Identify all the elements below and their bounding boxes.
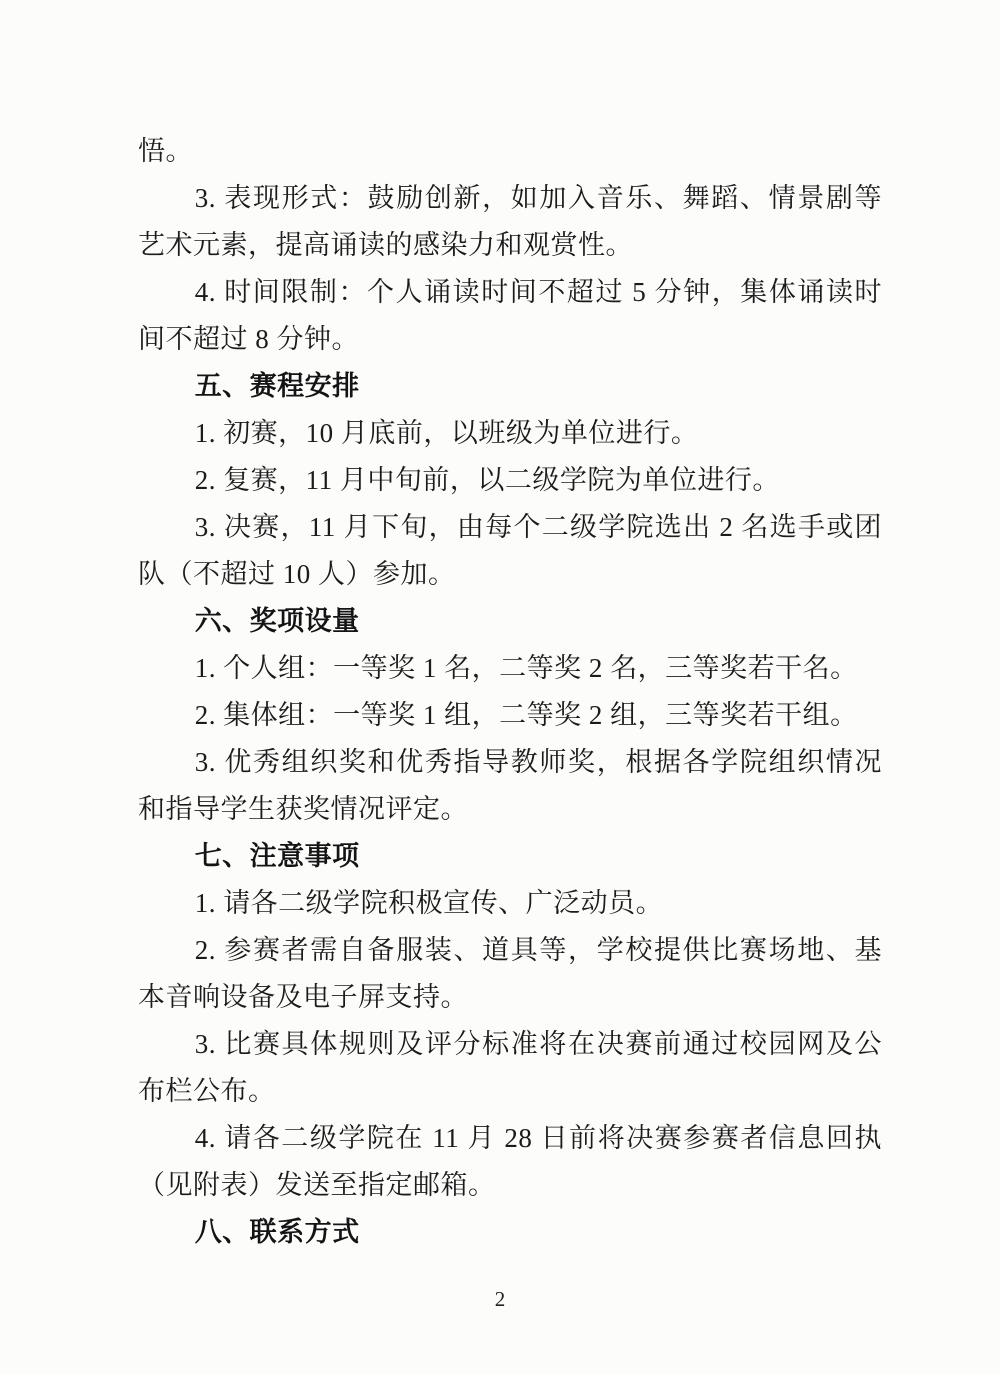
document-page: 悟。 3. 表现形式：鼓励创新，如加入音乐、舞蹈、情景剧等艺术元素，提高诵读的感…	[0, 0, 1000, 1374]
section-heading-schedule: 五、赛程安排	[138, 363, 882, 410]
list-item-registration: 4. 请各二级学院在 11 月 28 日前将决赛参赛者信息回执（见附表）发送至指…	[138, 1115, 882, 1209]
list-item-semifinal: 2. 复赛，11 月中旬前，以二级学院为单位进行。	[138, 457, 882, 504]
list-item-individual-awards: 1. 个人组：一等奖 1 名，二等奖 2 名，三等奖若干名。	[138, 645, 882, 692]
list-item-organization-award: 3. 优秀组织奖和优秀指导教师奖，根据各学院组织情况和指导学生获奖情况评定。	[138, 739, 882, 833]
list-item-equipment: 2. 参赛者需自备服装、道具等，学校提供比赛场地、基本音响设备及电子屏支持。	[138, 927, 882, 1021]
section-heading-awards: 六、奖项设量	[138, 598, 882, 645]
list-item-preliminary: 1. 初赛，10 月底前，以班级为单位进行。	[138, 410, 882, 457]
list-item-publicity: 1. 请各二级学院积极宣传、广泛动员。	[138, 880, 882, 927]
section-heading-notes: 七、注意事项	[138, 833, 882, 880]
document-body: 悟。 3. 表现形式：鼓励创新，如加入音乐、舞蹈、情景剧等艺术元素，提高诵读的感…	[138, 128, 882, 1256]
section-heading-contact: 八、联系方式	[138, 1209, 882, 1256]
list-item-performance-format: 3. 表现形式：鼓励创新，如加入音乐、舞蹈、情景剧等艺术元素，提高诵读的感染力和…	[138, 175, 882, 269]
list-item-time-limit: 4. 时间限制：个人诵读时间不超过 5 分钟，集体诵读时间不超过 8 分钟。	[138, 269, 882, 363]
list-item-rules-announce: 3. 比赛具体规则及评分标准将在决赛前通过校园网及公布栏公布。	[138, 1021, 882, 1115]
page-number: 2	[0, 1287, 1000, 1312]
list-item-group-awards: 2. 集体组：一等奖 1 组，二等奖 2 组，三等奖若干组。	[138, 692, 882, 739]
continuation-line: 悟。	[138, 128, 882, 175]
list-item-final: 3. 决赛，11 月下旬，由每个二级学院选出 2 名选手或团队（不超过 10 人…	[138, 504, 882, 598]
